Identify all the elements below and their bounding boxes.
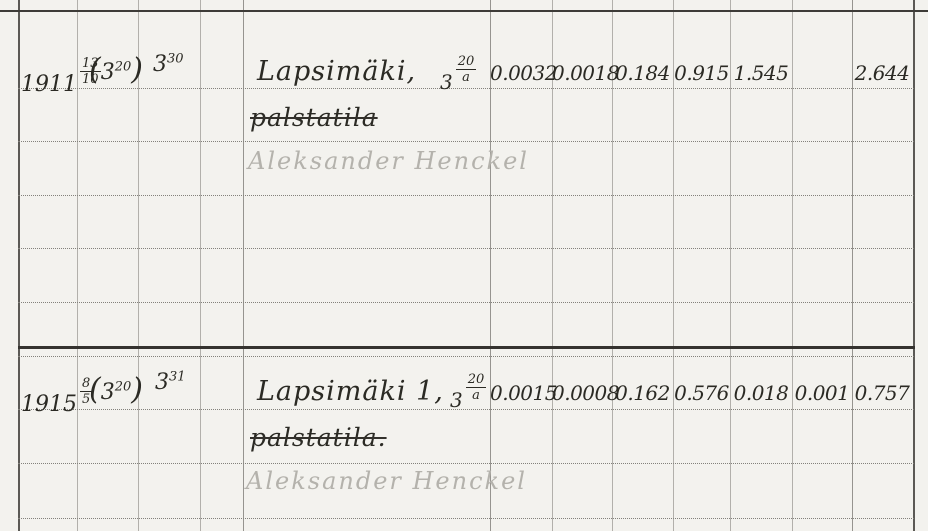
value-cell: 2.644 [852, 61, 912, 85]
section-rule-top [0, 10, 928, 12]
struck-word: palstatila [250, 103, 378, 132]
entry-name: Lapsimäki, [257, 56, 416, 87]
entry-date: 191585 [21, 377, 92, 417]
grid-vline [200, 0, 201, 531]
section-rule-separator [18, 346, 915, 349]
grid-vline-right-edge [913, 0, 915, 531]
entry-name: Lapsimäki 1, [257, 376, 444, 407]
struck-word: palstatila. [250, 423, 387, 452]
ledger-page: 19111310 (320) 330 Lapsimäki, 320a 0.003… [0, 0, 928, 531]
guide-line [18, 356, 914, 357]
guide-line [18, 302, 914, 303]
grid-vline [243, 0, 244, 531]
parcel-fraction: 20a [456, 55, 477, 84]
ref-code: 330 [153, 52, 184, 77]
guide-line [18, 141, 914, 142]
value-cell: 0.001 [792, 381, 852, 405]
parcel-code: 320a [440, 55, 476, 94]
parcel-fraction: 20a [466, 373, 487, 402]
value-cell: 0.576 [673, 381, 730, 405]
value-cell: 0.0015 [490, 381, 552, 405]
value-cell: 0.0008 [552, 381, 612, 405]
guide-line [18, 248, 914, 249]
pencil-signature: Aleksander Henckel [246, 467, 527, 495]
value-cell: 0.184 [612, 61, 673, 85]
guide-line [18, 518, 914, 519]
date-year: 1915 [21, 392, 77, 417]
value-cell: 1.545 [730, 61, 792, 85]
value-cell: 0.0032 [490, 61, 552, 85]
parcel-code: 320a [450, 373, 486, 412]
value-cell: 0.757 [852, 381, 912, 405]
value-cell: 0.915 [673, 61, 730, 85]
grid-vline [792, 0, 793, 531]
value-cell: 0.018 [730, 381, 792, 405]
value-cell: 0.162 [612, 381, 673, 405]
pencil-signature: Aleksander Henckel [248, 147, 529, 175]
ref-code-paren: (320) [89, 372, 143, 407]
ref-code-paren: (320) [89, 52, 143, 87]
grid-vline-left-edge [18, 0, 20, 531]
guide-line [18, 463, 914, 464]
guide-line [18, 195, 914, 196]
value-cell: 0.0018 [552, 61, 612, 85]
date-year: 1911 [21, 72, 77, 97]
ref-code: 331 [155, 370, 186, 395]
